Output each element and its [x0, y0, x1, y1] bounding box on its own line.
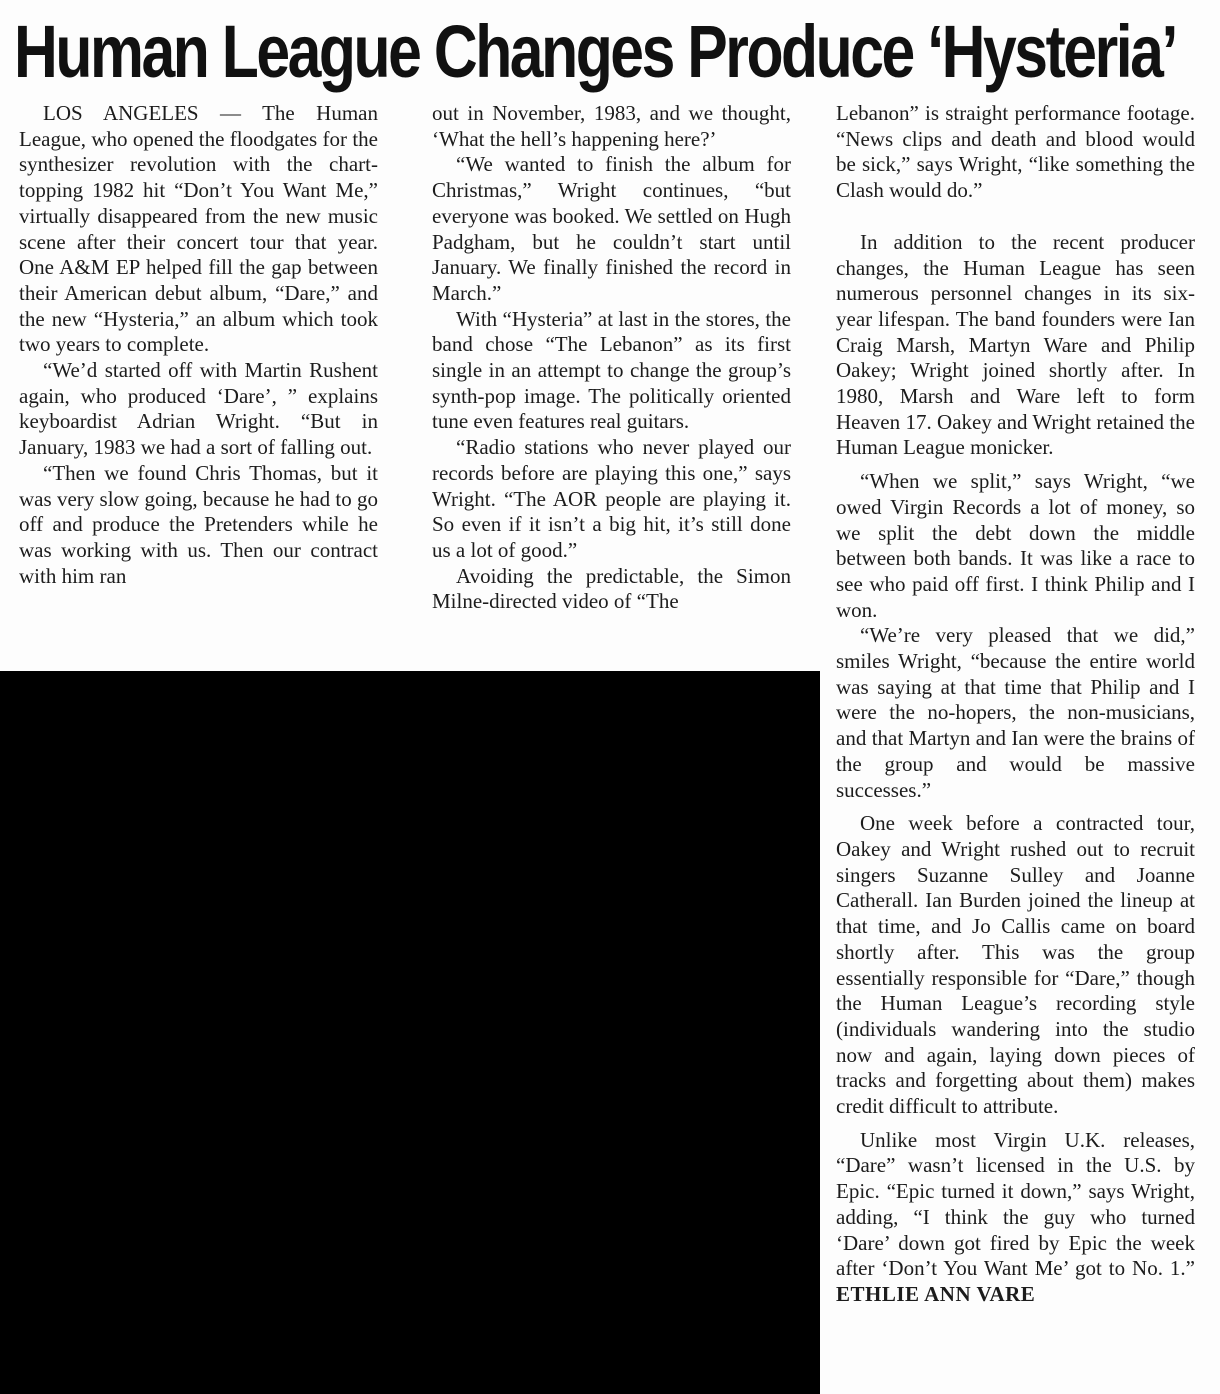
paragraph: “Then we found Chris Thomas, but it was … [19, 461, 378, 590]
paragraph-continued: out in November, 1983, and we thought, ‘… [432, 101, 791, 152]
paragraph-continued: Lebanon” is straight performance footage… [836, 101, 1195, 204]
paragraph: “We’d started off with Martin Rushent ag… [19, 358, 378, 461]
paragraph: “Radio stations who never played our rec… [432, 435, 791, 564]
paragraph: “When we split,” says Wright, “we owed V… [836, 469, 1195, 623]
paragraph-final: Unlike most Virgin U.K. releases, “Dare”… [836, 1128, 1195, 1308]
redacted-image-block [0, 671, 820, 1394]
article-headline: Human League Changes Produce ‘Hysteria’ [14, 10, 998, 94]
article-column-1: LOS ANGELES — The Human League, who open… [19, 101, 378, 589]
article-column-3: Lebanon” is straight performance footage… [836, 101, 1195, 1308]
paragraph: “We’re very pleased that we did,” smiles… [836, 623, 1195, 803]
paragraph-text: Unlike most Virgin U.K. releases, “Dare”… [836, 1128, 1195, 1281]
paragraph: Avoiding the predictable, the Simon Miln… [432, 564, 791, 615]
author-byline: ETHLIE ANN VARE [836, 1282, 1035, 1306]
paragraph: With “Hysteria” at last in the stores, t… [432, 307, 791, 436]
paragraph: In addition to the recent producer chang… [836, 230, 1195, 461]
paragraph-lede: LOS ANGELES — The Human League, who open… [19, 101, 378, 358]
paragraph: “We wanted to finish the album for Chris… [432, 152, 791, 306]
article-column-2: out in November, 1983, and we thought, ‘… [432, 101, 791, 615]
paragraph: One week before a contracted tour, Oakey… [836, 811, 1195, 1119]
